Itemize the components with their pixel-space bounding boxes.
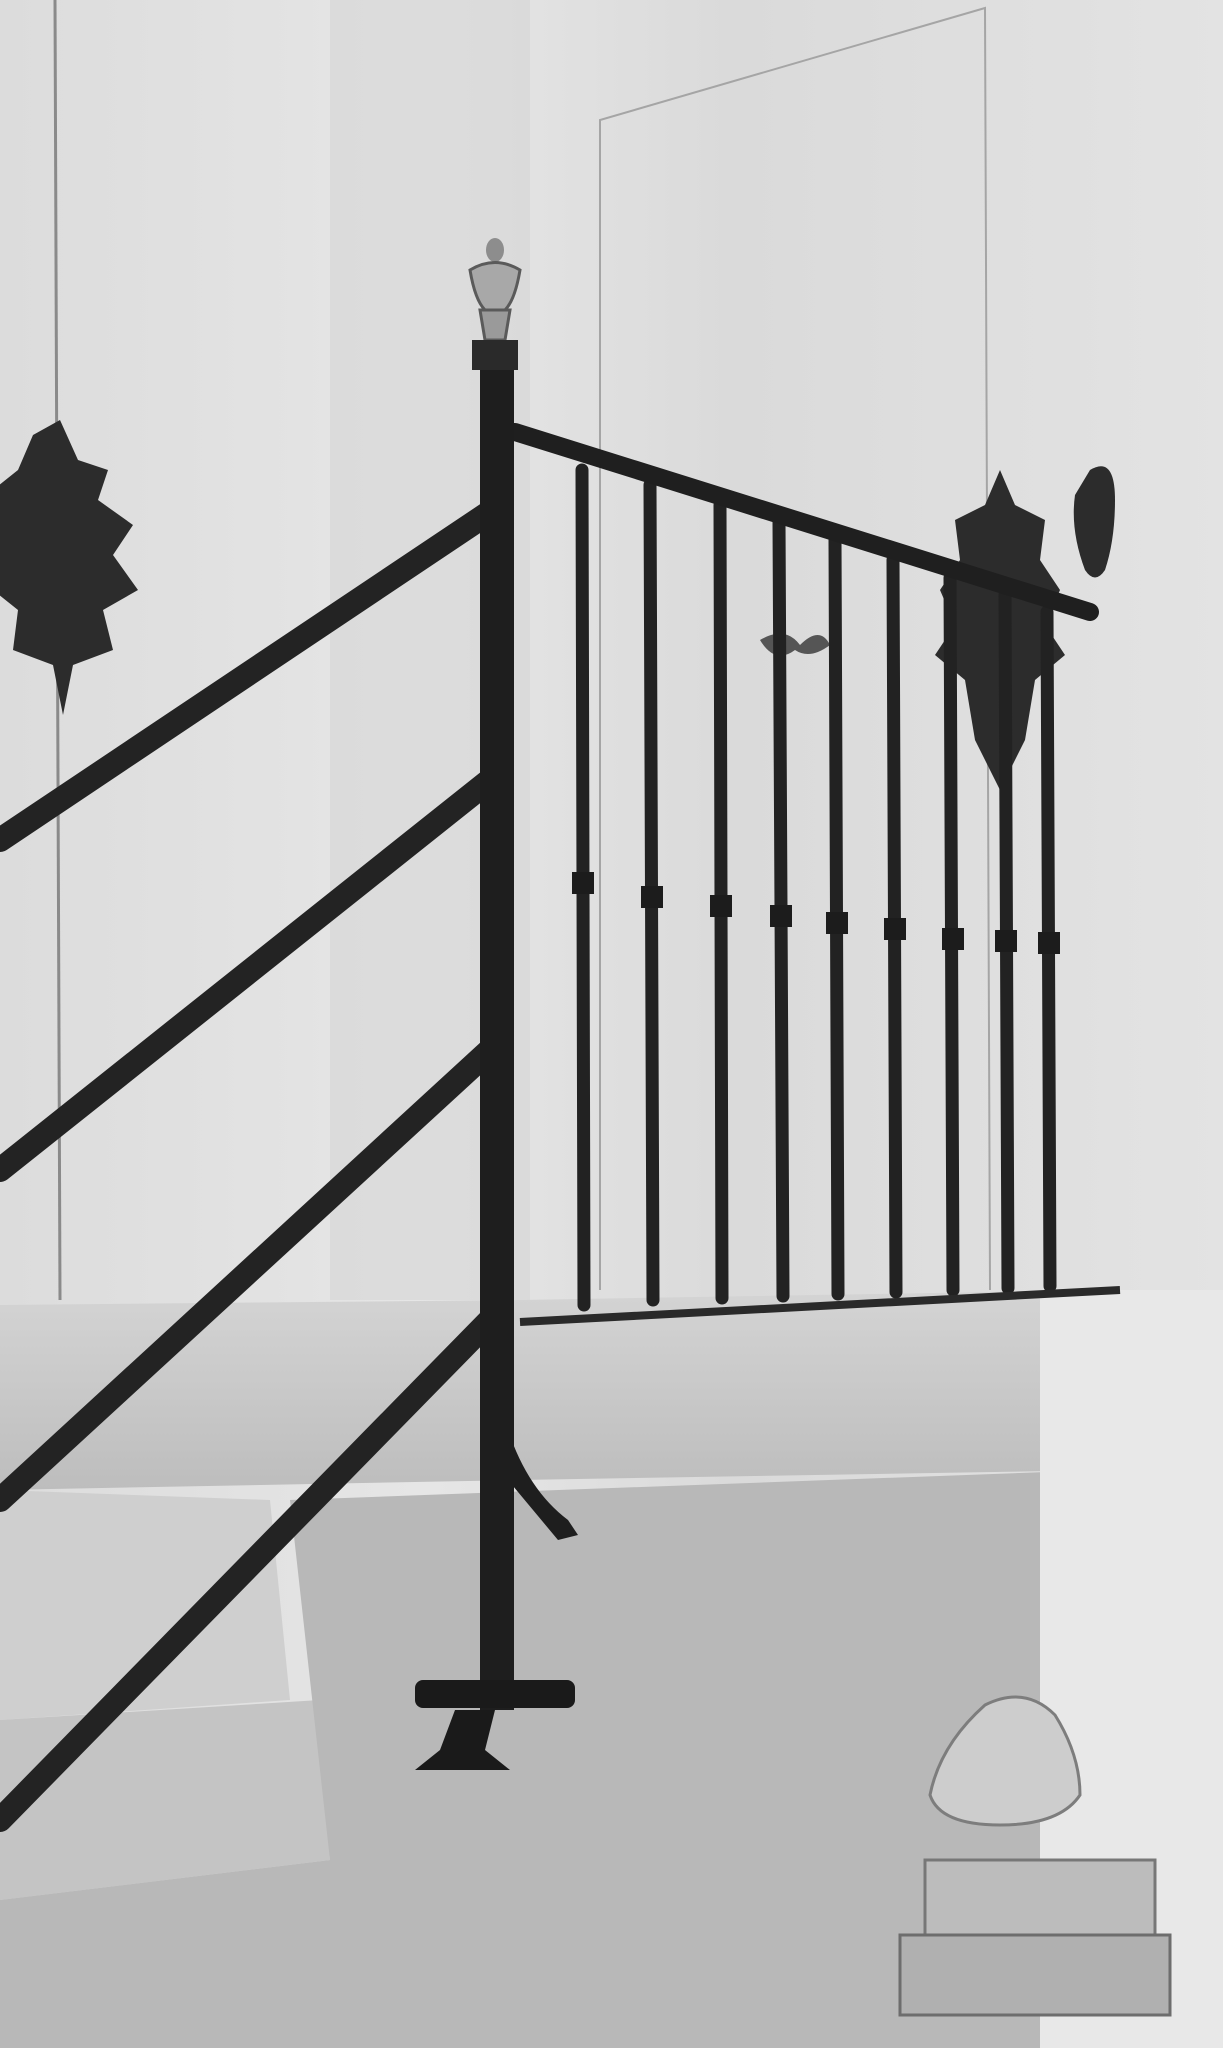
railing-photograph bbox=[0, 0, 1223, 2048]
newel-post bbox=[480, 370, 514, 1710]
